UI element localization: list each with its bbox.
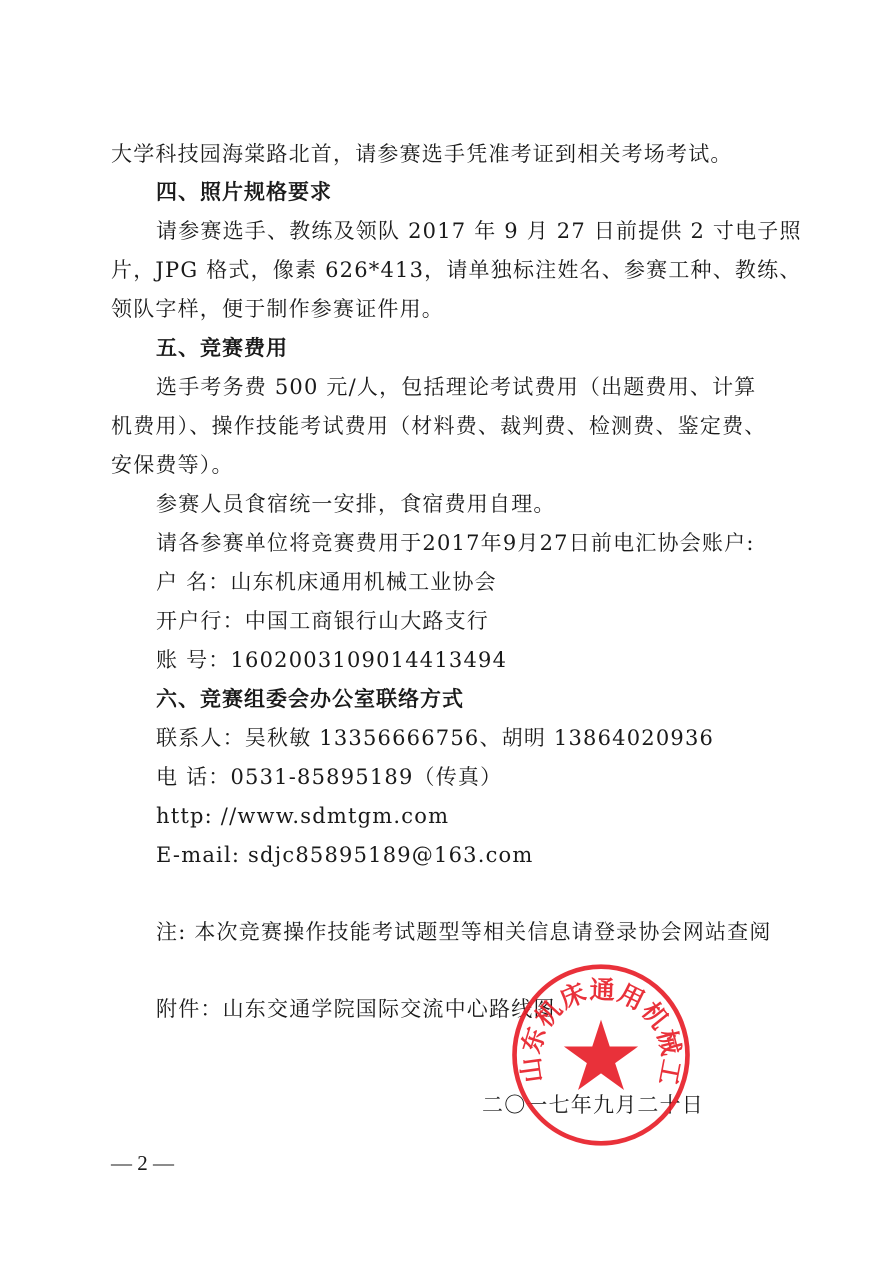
bank-name: 开户行：中国工商银行山大路支行 <box>156 608 489 634</box>
contact-email[interactable]: E-mail: sdjc85895189@163.com <box>156 842 534 868</box>
paragraph-line: 请参赛选手、教练及领队 2017 年 9 月 27 日前提供 2 寸电子照 <box>156 218 802 244</box>
paragraph-line: 请各参赛单位将竞赛费用于2017年9月27日前电汇协会账户: <box>156 530 755 556</box>
seal-text: 山东机床通用机械工业协会 <box>508 962 686 1089</box>
document-date: 二〇一七年九月二十日 <box>482 1092 704 1118</box>
paragraph-line: 安保费等）。 <box>111 452 234 478</box>
svg-text:山东机床通用机械工业协会: 山东机床通用机械工业协会 <box>508 962 686 1089</box>
section-heading-contact: 六、竞赛组委会办公室联络方式 <box>156 686 464 712</box>
official-seal: 山东机床通用机械工业协会 <box>508 962 694 1148</box>
contact-website[interactable]: http: //www.sdmtgm.com <box>156 803 449 829</box>
contact-persons: 联系人：吴秋敏 13356666756、胡明 13864020936 <box>156 725 714 751</box>
section-heading-fees: 五、竞赛费用 <box>156 335 288 361</box>
star-icon <box>564 1020 638 1090</box>
account-number: 账 号：1602003109014413494 <box>156 647 507 673</box>
paragraph-line: 片，JPG 格式，像素 626*413，请单独标注姓名、参赛工种、教练、 <box>111 257 802 283</box>
paragraph-line: 参赛人员食宿统一安排，食宿费用自理。 <box>156 491 556 517</box>
contact-phone: 电 话：0531-85895189（传真） <box>156 764 502 790</box>
paragraph-line: 机费用）、操作技能考试费用（材料费、裁判费、检测费、鉴定费、 <box>111 413 767 439</box>
note-line: 注: 本次竞赛操作技能考试题型等相关信息请登录协会网站查阅 <box>156 919 772 945</box>
account-name: 户 名：山东机床通用机械工业协会 <box>156 569 497 595</box>
attachment-line: 附件：山东交通学院国际交流中心路线图 <box>156 996 556 1022</box>
paragraph-line: 大学科技园海棠路北首，请参赛选手凭准考证到相关考场考试。 <box>111 141 733 167</box>
paragraph-line: 领队字样，便于制作参赛证件用。 <box>111 296 444 322</box>
paragraph-line: 选手考务费 500 元/人，包括理论考试费用（出题费用、计算 <box>156 374 757 400</box>
page-number: — 2 — <box>111 1150 174 1176</box>
document-page: 大学科技园海棠路北首，请参赛选手凭准考证到相关考场考试。 四、照片规格要求 请参… <box>0 0 894 1266</box>
section-heading-photo-spec: 四、照片规格要求 <box>156 179 332 205</box>
